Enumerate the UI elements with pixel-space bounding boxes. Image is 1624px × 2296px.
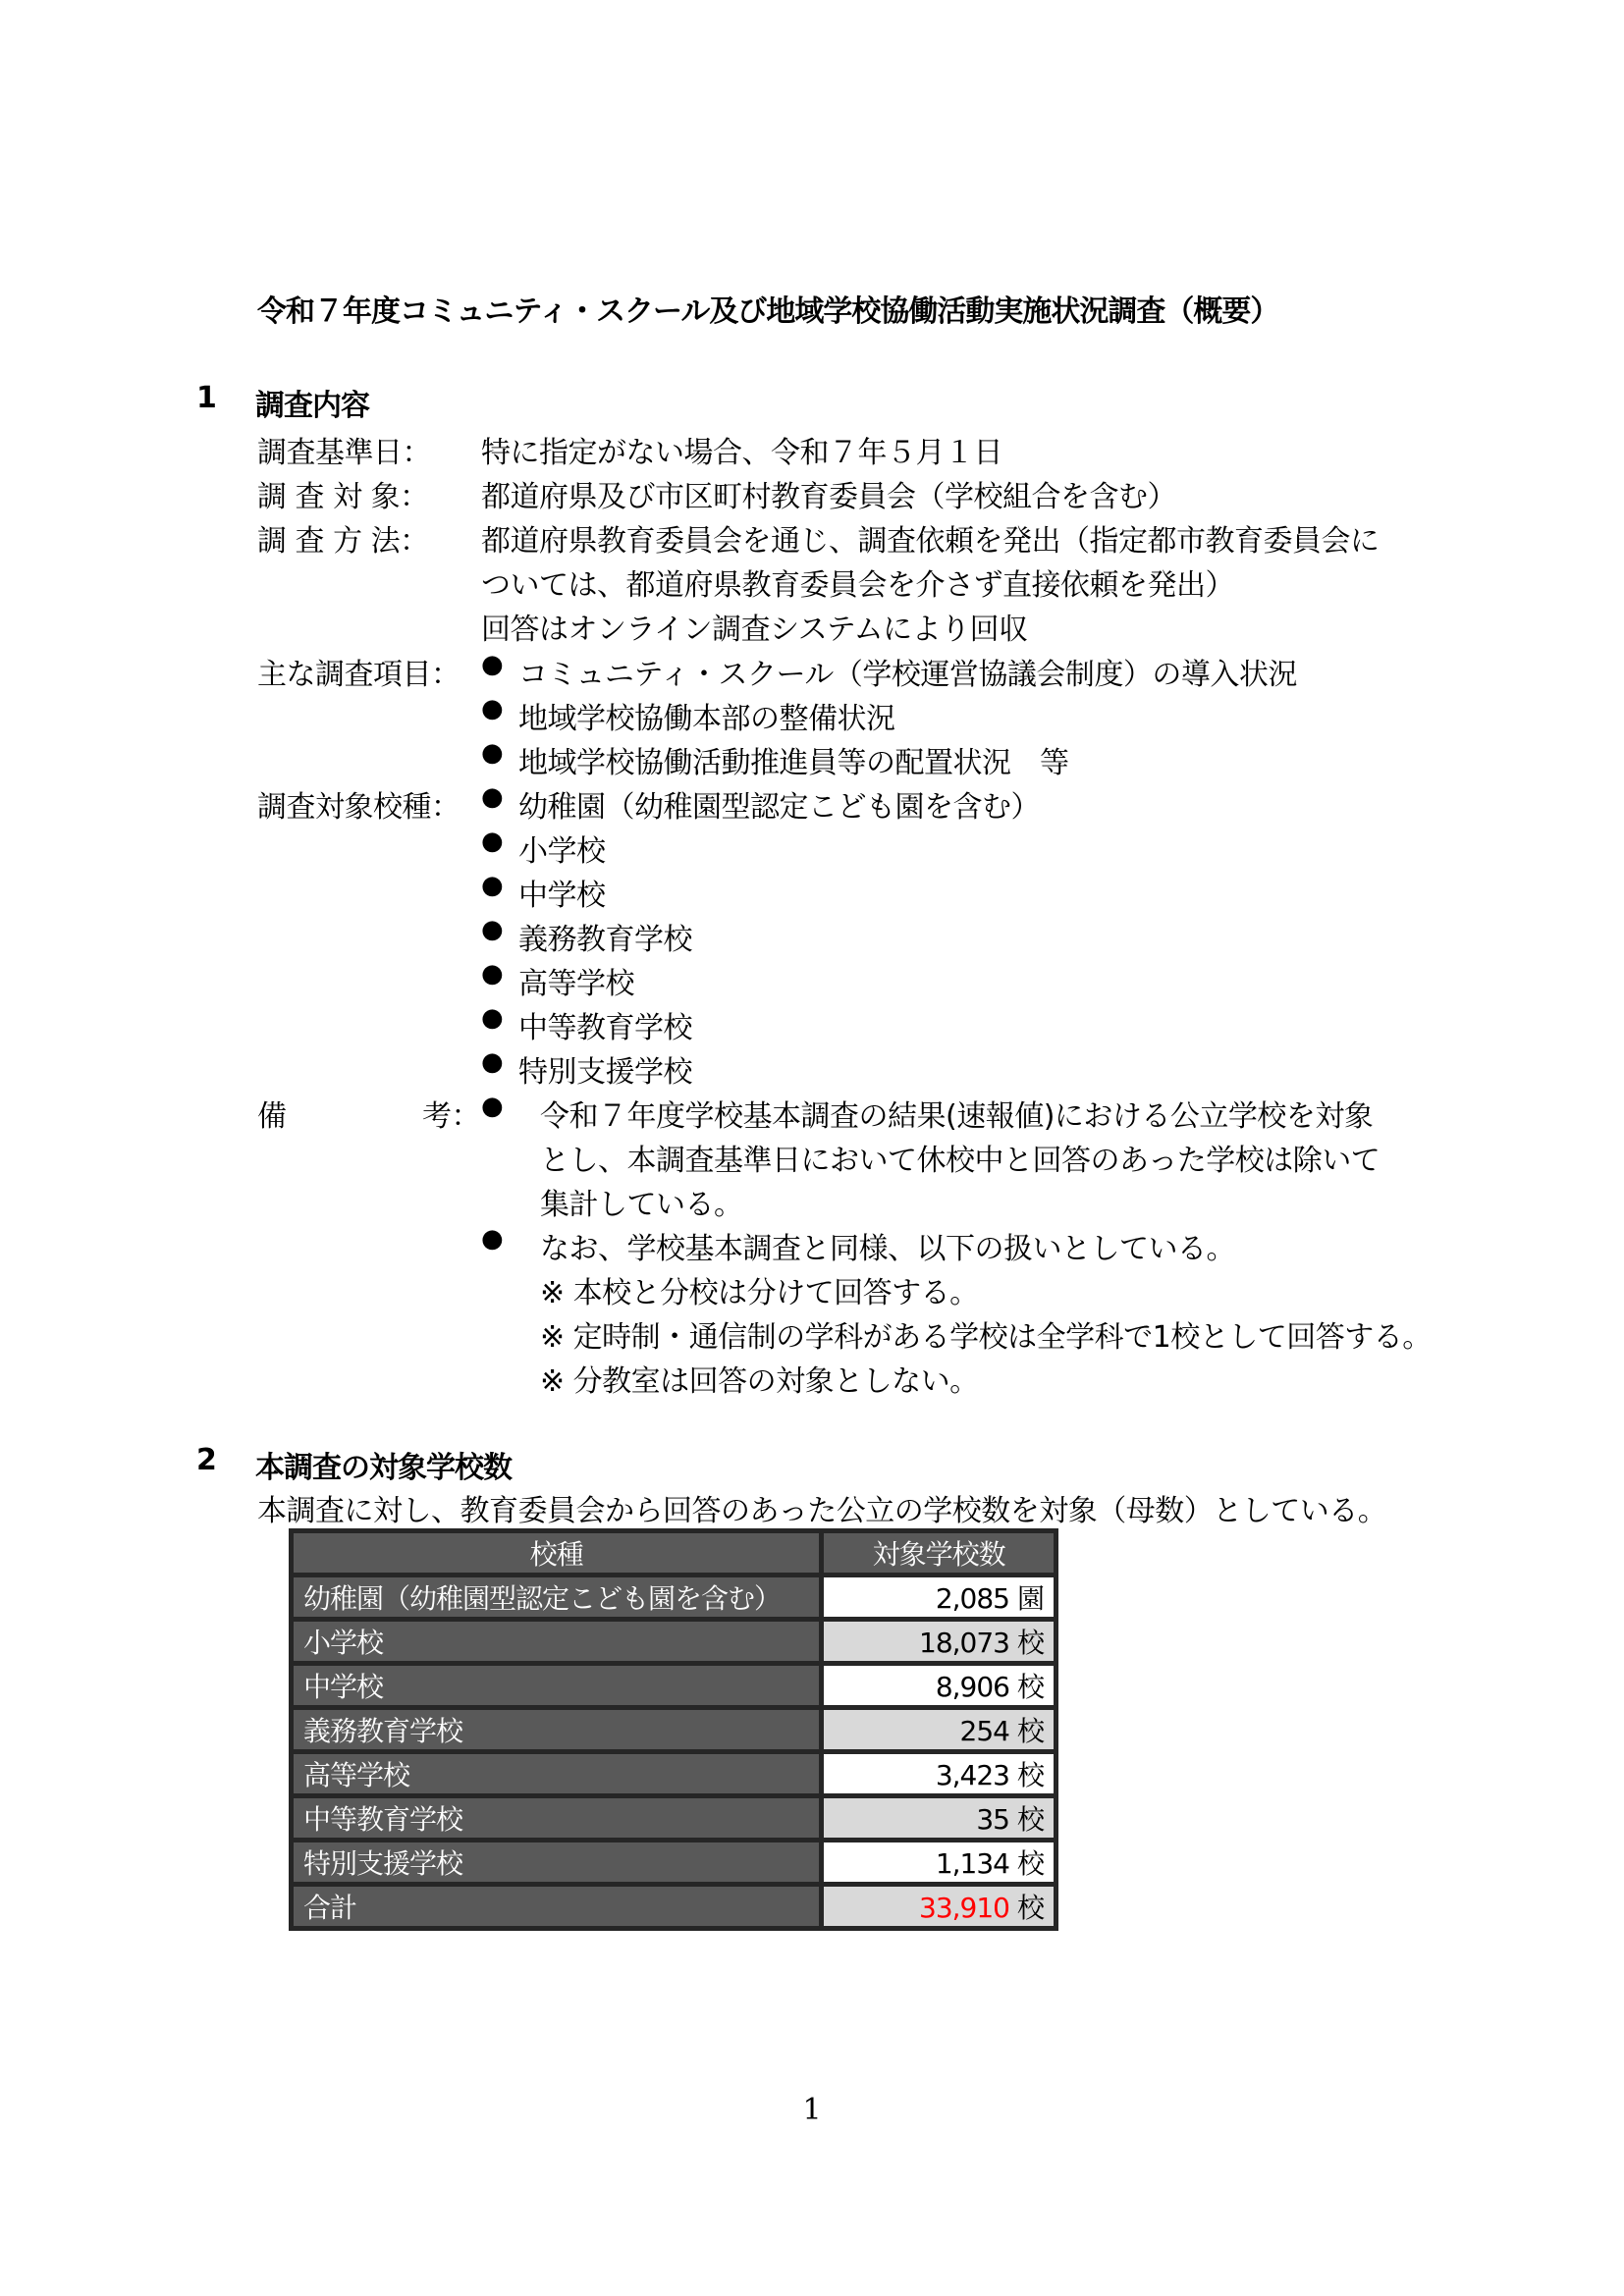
main-items-row: ● 地域学校協働活動推進員等の配置状況 等 bbox=[0, 738, 1624, 777]
note-text: ※ 定時制・通信制の学科がある学校は全学科で1校として回答する。 bbox=[540, 1312, 1432, 1356]
bullet-icon: ● bbox=[481, 650, 503, 679]
school-count: 8,906校 bbox=[822, 1664, 1056, 1708]
bullet-icon: ● bbox=[481, 1224, 503, 1254]
bullet-icon: ● bbox=[481, 1047, 503, 1077]
list-item: 地域学校協働本部の整備状況 bbox=[518, 694, 895, 737]
column-header-count: 対象学校数 bbox=[822, 1531, 1056, 1575]
table-row: 義務教育学校 254校 bbox=[292, 1708, 1056, 1752]
school-count: 254校 bbox=[822, 1708, 1056, 1752]
bullet-icon: ● bbox=[481, 738, 503, 768]
table-row: 特別支援学校 1,134校 bbox=[292, 1841, 1056, 1885]
main-items-row: ● 地域学校協働本部の整備状況 bbox=[0, 694, 1624, 733]
remark-text: 集計している。 bbox=[540, 1180, 743, 1223]
bullet-icon: ● bbox=[481, 959, 503, 988]
list-item: 幼稚園（幼稚園型認定こども園を含む） bbox=[518, 782, 1040, 826]
school-kind: 中等教育学校 bbox=[292, 1796, 822, 1841]
total-value: 33,910 bbox=[919, 1892, 1009, 1924]
school-count: 2,085園 bbox=[822, 1575, 1056, 1620]
target-row: 調 査 対 象： 都道府県及び市区町村教育委員会（学校組合を含む） bbox=[0, 472, 1624, 511]
bullet-icon: ● bbox=[481, 782, 503, 812]
list-item: 義務教育学校 bbox=[518, 915, 692, 958]
section-number: 1 bbox=[196, 381, 217, 415]
section-title: 本調査の対象学校数 bbox=[255, 1443, 512, 1486]
count-unit: 校 bbox=[1017, 1892, 1044, 1924]
count-unit: 校 bbox=[1017, 1847, 1044, 1880]
bullet-icon: ● bbox=[481, 827, 503, 856]
section-1-heading: 1 調査内容 bbox=[196, 381, 785, 420]
school-count: 18,073校 bbox=[822, 1620, 1056, 1664]
remarks-row: 集計している。 bbox=[0, 1180, 1624, 1219]
section-number: 2 bbox=[196, 1443, 217, 1477]
school-count: 35校 bbox=[822, 1796, 1056, 1841]
column-header-kind: 校種 bbox=[292, 1531, 822, 1575]
main-items-row: 主な調査項目： ● コミュニティ・スクール（学校運営協議会制度）の導入状況 bbox=[0, 650, 1624, 689]
table-row: 高等学校 3,423校 bbox=[292, 1752, 1056, 1796]
school-types-row: ● 義務教育学校 bbox=[0, 915, 1624, 954]
page-number: 1 bbox=[0, 2093, 1624, 2127]
count-value: 18,073 bbox=[919, 1627, 1009, 1659]
field-value: 都道府県教育委員会を通じ、調査依頼を発出（指定都市教育委員会に bbox=[481, 516, 1380, 560]
field-value: ついては、都道府県教育委員会を介さず直接依頼を発出） bbox=[481, 561, 1234, 604]
count-unit: 校 bbox=[1017, 1715, 1044, 1747]
list-item: 小学校 bbox=[518, 827, 606, 870]
school-count: 1,134校 bbox=[822, 1841, 1056, 1885]
school-types-row: ● 中学校 bbox=[0, 871, 1624, 910]
list-item: 地域学校協働活動推進員等の配置状況 等 bbox=[518, 738, 1069, 781]
field-label: 調査基準日： bbox=[257, 428, 431, 471]
count-unit: 校 bbox=[1017, 1671, 1044, 1703]
method-row: 調 査 方 法： 都道府県教育委員会を通じ、調査依頼を発出（指定都市教育委員会に bbox=[0, 516, 1624, 556]
note-text: ※ 分教室は回答の対象としない。 bbox=[540, 1357, 979, 1400]
school-types-row: ● 特別支援学校 bbox=[0, 1047, 1624, 1087]
school-kind: 中学校 bbox=[292, 1664, 822, 1708]
field-label: 考： bbox=[422, 1092, 480, 1135]
bullet-icon: ● bbox=[481, 1003, 503, 1033]
remarks-row: 備 考： ● 令和７年度学校基本調査の結果(速報値)における公立学校を対象 bbox=[0, 1092, 1624, 1131]
count-unit: 校 bbox=[1017, 1627, 1044, 1659]
table-total-row: 合計 33,910校 bbox=[292, 1885, 1056, 1929]
table-header-row: 校種 対象学校数 bbox=[292, 1531, 1056, 1575]
count-value: 35 bbox=[976, 1803, 1009, 1836]
list-item: 中等教育学校 bbox=[518, 1003, 692, 1046]
count-unit: 園 bbox=[1017, 1582, 1044, 1615]
list-item: コミュニティ・スクール（学校運営協議会制度）の導入状況 bbox=[518, 650, 1297, 693]
school-kind: 高等学校 bbox=[292, 1752, 822, 1796]
field-value: 回答はオンライン調査システムにより回収 bbox=[481, 605, 1028, 648]
table-row: 小学校 18,073校 bbox=[292, 1620, 1056, 1664]
field-label: 備 bbox=[257, 1092, 287, 1135]
count-value: 8,906 bbox=[936, 1671, 1009, 1703]
table-row: 中学校 8,906校 bbox=[292, 1664, 1056, 1708]
school-types-row: ● 中等教育学校 bbox=[0, 1003, 1624, 1042]
section-2-heading: 2 本調査の対象学校数 bbox=[196, 1443, 884, 1482]
field-label: 調 査 方 法： bbox=[257, 516, 429, 560]
note-row: ※ 定時制・通信制の学科がある学校は全学科で1校として回答する。 bbox=[0, 1312, 1624, 1352]
section-2-description: 本調査に対し、教育委員会から回答のあった公立の学校数を対象（母数）としている。 bbox=[257, 1486, 1386, 1529]
count-value: 254 bbox=[960, 1715, 1009, 1747]
school-kind: 義務教育学校 bbox=[292, 1708, 822, 1752]
table-row: 幼稚園（幼稚園型認定こども園を含む） 2,085園 bbox=[292, 1575, 1056, 1620]
field-label: 調 査 対 象： bbox=[257, 472, 429, 515]
method-row-cont: ついては、都道府県教育委員会を介さず直接依頼を発出） bbox=[0, 561, 1624, 600]
total-label: 合計 bbox=[292, 1885, 822, 1929]
school-types-row: ● 小学校 bbox=[0, 827, 1624, 866]
bullet-icon: ● bbox=[481, 871, 503, 900]
remark-text: 令和７年度学校基本調査の結果(速報値)における公立学校を対象 bbox=[540, 1092, 1373, 1135]
count-value: 3,423 bbox=[936, 1759, 1009, 1791]
remarks-row: とし、本調査基準日において休校中と回答のあった学校は除いて bbox=[0, 1136, 1624, 1175]
field-value: 都道府県及び市区町村教育委員会（学校組合を含む） bbox=[481, 472, 1176, 515]
school-kind: 特別支援学校 bbox=[292, 1841, 822, 1885]
bullet-icon: ● bbox=[481, 1092, 503, 1121]
school-count: 3,423校 bbox=[822, 1752, 1056, 1796]
list-item: 高等学校 bbox=[518, 959, 634, 1002]
field-value: 特に指定がない場合、令和７年５月１日 bbox=[481, 428, 1002, 471]
school-kind: 小学校 bbox=[292, 1620, 822, 1664]
count-value: 2,085 bbox=[936, 1582, 1009, 1615]
table-row: 中等教育学校 35校 bbox=[292, 1796, 1056, 1841]
base-date-row: 調査基準日： 特に指定がない場合、令和７年５月１日 bbox=[0, 428, 1624, 467]
count-unit: 校 bbox=[1017, 1759, 1044, 1791]
field-label: 主な調査項目： bbox=[257, 650, 460, 693]
method-row-cont: 回答はオンライン調査システムにより回収 bbox=[0, 605, 1624, 644]
remarks-row: ● なお、学校基本調査と同様、以下の扱いとしている。 bbox=[0, 1224, 1624, 1263]
note-row: ※ 本校と分校は分けて回答する。 bbox=[0, 1268, 1624, 1308]
list-item: 中学校 bbox=[518, 871, 606, 914]
school-count-table: 校種 対象学校数 幼稚園（幼稚園型認定こども園を含む） 2,085園 小学校 1… bbox=[289, 1528, 1058, 1931]
school-types-row: 調査対象校種： ● 幼稚園（幼稚園型認定こども園を含む） bbox=[0, 782, 1624, 822]
section-title: 調査内容 bbox=[255, 381, 369, 424]
list-item: 特別支援学校 bbox=[518, 1047, 692, 1091]
count-value: 1,134 bbox=[936, 1847, 1009, 1880]
bullet-icon: ● bbox=[481, 694, 503, 723]
remark-text: とし、本調査基準日において休校中と回答のあった学校は除いて bbox=[540, 1136, 1380, 1179]
field-label: 調査対象校種： bbox=[257, 782, 460, 826]
school-types-row: ● 高等学校 bbox=[0, 959, 1624, 998]
total-count: 33,910校 bbox=[822, 1885, 1056, 1929]
document-title: 令和７年度コミュニティ・スクール及び地域学校協働活動実施状況調査（概要） bbox=[257, 287, 1278, 330]
school-kind: 幼稚園（幼稚園型認定こども園を含む） bbox=[292, 1575, 822, 1620]
note-text: ※ 本校と分校は分けて回答する。 bbox=[540, 1268, 979, 1311]
note-row: ※ 分教室は回答の対象としない。 bbox=[0, 1357, 1624, 1396]
bullet-icon: ● bbox=[481, 915, 503, 944]
count-unit: 校 bbox=[1017, 1803, 1044, 1836]
remark-text: なお、学校基本調査と同様、以下の扱いとしている。 bbox=[540, 1224, 1235, 1267]
